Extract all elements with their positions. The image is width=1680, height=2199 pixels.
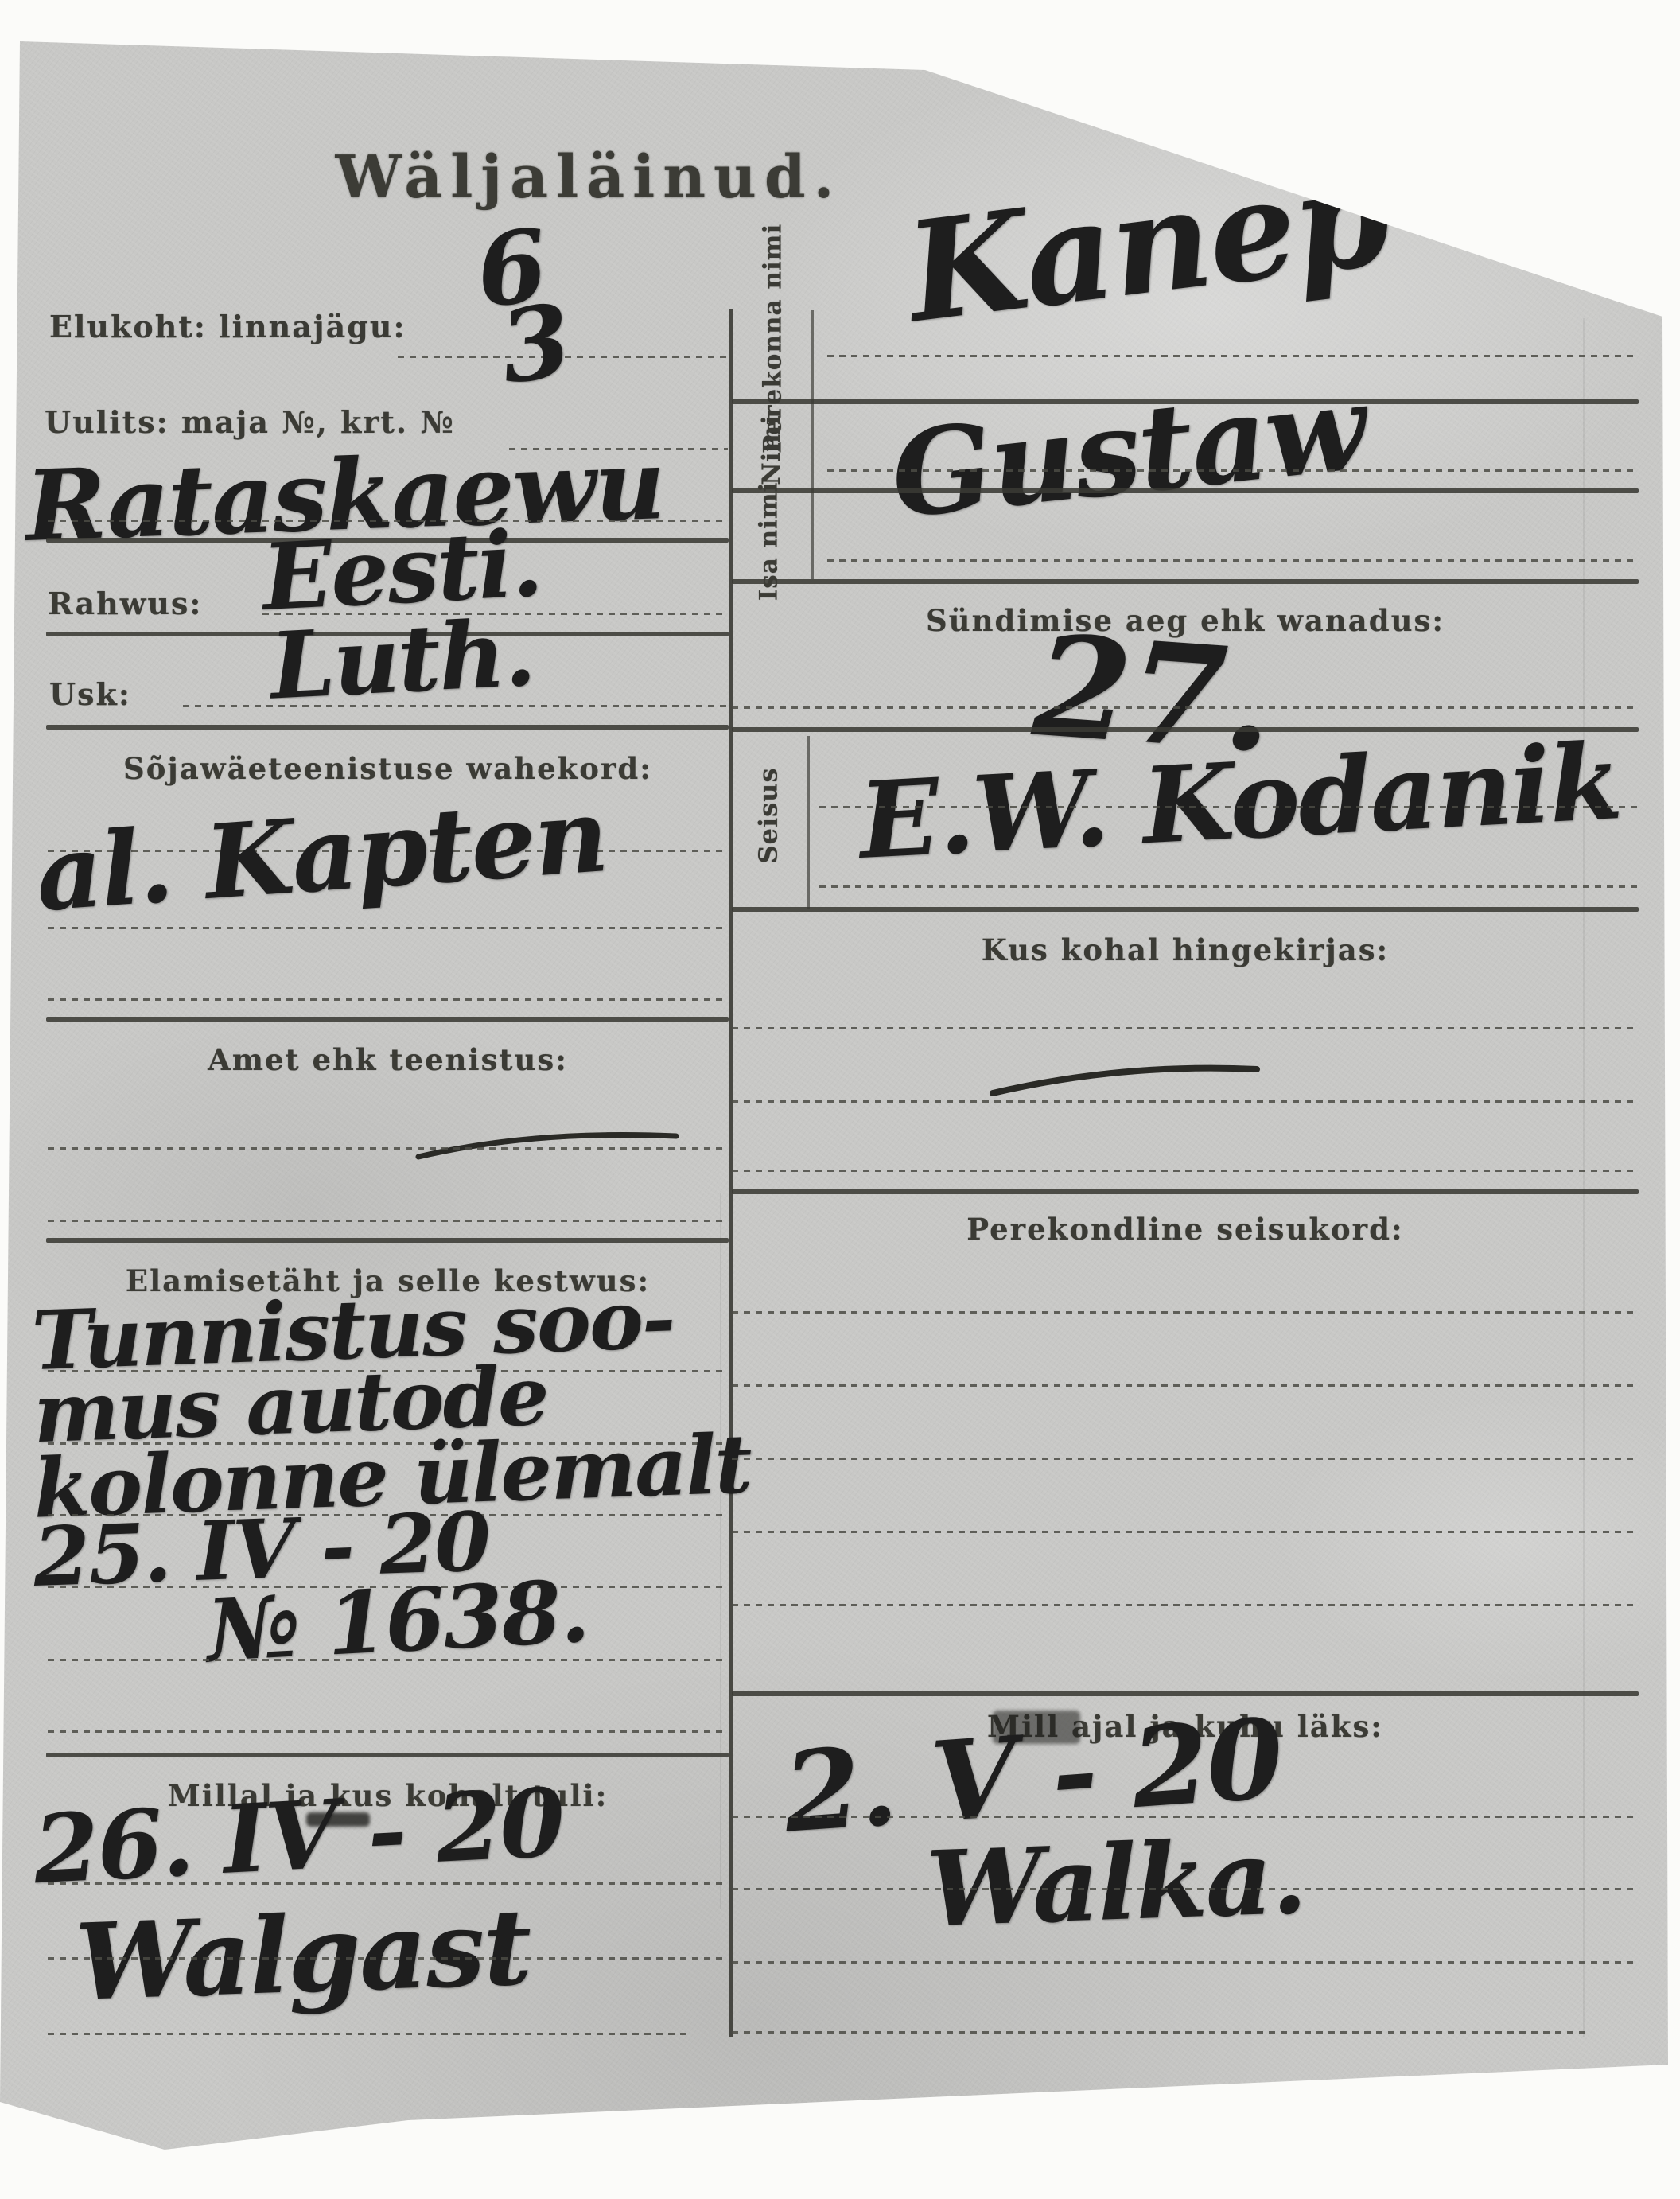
parish-register-label: Kus kohal hingekirjas: <box>748 932 1623 967</box>
departure-place-handwriting: Walka. <box>924 1816 1307 1951</box>
status-handwriting: E.W. Kodanik <box>857 720 1624 883</box>
family-status-label: Perekondline seisukord: <box>748 1212 1623 1247</box>
page-title: Wäljaläinud. <box>318 143 859 212</box>
military-service-label: Sõjawäeteenistuse wahekord: <box>48 751 728 786</box>
dotted-line <box>732 2031 1591 2034</box>
dotted-line <box>732 1816 1639 1818</box>
dotted-line <box>48 1957 728 1960</box>
rule-line <box>46 725 729 730</box>
rule-line <box>732 1691 1639 1696</box>
family-name-label-wrap: Perekonna nimi <box>733 274 813 402</box>
dotted-line <box>48 1659 728 1661</box>
father-name-label-wrap: Isa nimi <box>733 500 805 583</box>
dotted-line <box>48 998 728 1001</box>
religion-label: Usk: <box>49 676 131 712</box>
rule-line <box>732 1189 1639 1194</box>
rule-line <box>732 907 1639 912</box>
dotted-line <box>819 885 1639 888</box>
dash-stroke <box>414 1128 684 1160</box>
dotted-line <box>732 1100 1639 1103</box>
dotted-line <box>827 469 1639 472</box>
dotted-line <box>827 355 1639 357</box>
dotted-line <box>732 1458 1639 1460</box>
dotted-line <box>732 1027 1639 1029</box>
first-name-label-wrap: Nimi <box>740 410 803 489</box>
military-service-handwriting: al. Kapten <box>33 776 611 935</box>
status-label-wrap: Seisus <box>736 760 799 871</box>
paper-crease <box>1583 318 1585 2037</box>
label-divider <box>807 736 810 909</box>
dotted-line <box>48 1220 728 1222</box>
rule-line <box>732 579 1639 584</box>
first-name-label: Nimi <box>756 415 787 485</box>
nationality-label: Rahwus: <box>48 586 202 621</box>
religion-handwriting: Luth. <box>268 599 537 720</box>
dotted-line <box>48 927 728 929</box>
rule-line <box>46 1753 729 1757</box>
occupation-label: Amet ehk teenistus: <box>48 1042 728 1077</box>
dotted-line <box>48 1147 728 1150</box>
dotted-line <box>48 2033 692 2035</box>
dash-stroke <box>986 1057 1265 1096</box>
dotted-line <box>732 1170 1639 1172</box>
rule-line <box>46 1238 729 1243</box>
status-label: Seisus <box>752 768 784 864</box>
residence-permit-handwriting-line5: № 1638. <box>204 1562 590 1682</box>
dotted-line <box>827 559 1639 562</box>
dotted-line <box>732 706 1639 709</box>
family-name-handwriting: Kanep <box>899 134 1397 353</box>
scan-background: Wäljaläinud. Elukoht: linnajägu: Uulits:… <box>0 0 1680 2199</box>
dotted-line <box>819 806 1639 808</box>
dotted-line <box>732 1888 1639 1890</box>
arrival-place-handwriting: Walgast <box>73 1886 532 2025</box>
dotted-line <box>48 1730 728 1733</box>
dotted-line <box>732 1384 1639 1387</box>
dotted-line <box>732 1961 1639 1964</box>
street-house-label: Uulits: maja №, krt. № <box>45 404 455 440</box>
house-number-bottom-handwriting: 3 <box>493 282 576 407</box>
first-name-handwriting: Gustaw <box>885 357 1372 544</box>
dotted-line <box>732 1531 1639 1533</box>
dotted-line <box>183 705 728 707</box>
dotted-line <box>48 1882 728 1885</box>
rule-line <box>732 488 1639 493</box>
dotted-line <box>732 1604 1639 1606</box>
paper: Wäljaläinud. Elukoht: linnajägu: Uulits:… <box>0 0 1680 2199</box>
rule-line <box>46 1017 729 1022</box>
dotted-line <box>732 1311 1639 1314</box>
residence-city-district-label: Elukoht: linnajägu: <box>49 309 406 344</box>
